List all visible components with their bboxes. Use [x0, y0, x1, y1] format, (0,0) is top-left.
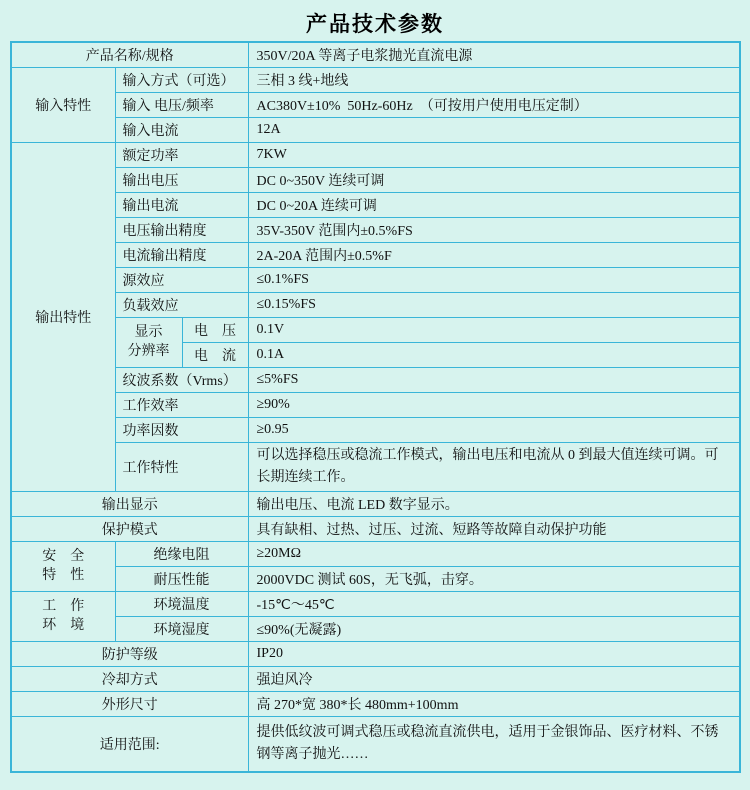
rated-power-label: 额定功率 [115, 142, 248, 167]
dimensions-label: 外形尺寸 [11, 691, 248, 716]
environment-group-line1: 工 作 [12, 597, 115, 616]
power-factor-label: 功率因数 [115, 417, 248, 442]
row-current-accuracy: 电流输出精度 2A-20A 范围内±0.5%F [11, 242, 740, 267]
efficiency-value: ≥90% [248, 392, 740, 417]
row-source-effect: 源效应 ≤0.1%FS [11, 267, 740, 292]
row-load-effect: 负载效应 ≤0.15%FS [11, 292, 740, 317]
humidity-value: ≤90%(无凝露) [248, 616, 740, 641]
efficiency-label: 工作效率 [115, 392, 248, 417]
row-rated-power: 输出特性 额定功率 7KW [11, 142, 740, 167]
current-accuracy-value: 2A-20A 范围内±0.5%F [248, 242, 740, 267]
row-ip-rating: 防护等级 IP20 [11, 641, 740, 666]
row-temperature: 工 作 环 境 环境温度 -15℃～45℃ [11, 591, 740, 616]
safety-group-line2: 特 性 [12, 566, 115, 585]
display-voltage-value: 0.1V [248, 317, 740, 342]
load-effect-value: ≤0.15%FS [248, 292, 740, 317]
ripple-label: 纹波系数（Vrms） [115, 367, 248, 392]
application-value: 提供低纹波可调式稳压或稳流直流供电，适用于金银饰品、医疗材料、不锈钢等离子抛光…… [248, 716, 740, 772]
ip-rating-label: 防护等级 [11, 641, 248, 666]
row-work-character: 工作特性 可以选择稳压或稳流工作模式，输出电压和电流从 0 到最大值连续可调。可… [11, 442, 740, 491]
input-group-label: 输入特性 [11, 67, 115, 142]
output-group-label: 输出特性 [11, 142, 115, 491]
temperature-value: -15℃～45℃ [248, 591, 740, 616]
row-protection: 保护模式 具有缺相、过热、过压、过流、短路等故障自动保护功能 [11, 516, 740, 541]
output-current-label: 输出电流 [115, 192, 248, 217]
output-voltage-value: DC 0~350V 连续可调 [248, 167, 740, 192]
row-voltage-accuracy: 电压输出精度 35V-350V 范围内±0.5%FS [11, 217, 740, 242]
work-character-value: 可以选择稳压或稳流工作模式，输出电压和电流从 0 到最大值连续可调。可长期连续工… [248, 442, 740, 491]
protection-label: 保护模式 [11, 516, 248, 541]
dimensions-value: 高 270*宽 380*长 480mm+100mm [248, 691, 740, 716]
row-input-mode: 输入特性 输入方式（可选） 三相 3 线+地线 [11, 67, 740, 92]
display-resolution-label-line2: 分辨率 [116, 342, 182, 361]
voltage-accuracy-value: 35V-350V 范围内±0.5%FS [248, 217, 740, 242]
row-input-current: 输入电流 12A [11, 117, 740, 142]
input-current-value: 12A [248, 117, 740, 142]
display-voltage-label: 电 压 [182, 317, 248, 342]
product-name-label: 产品名称/规格 [11, 42, 248, 67]
power-factor-value: ≥0.95 [248, 417, 740, 442]
source-effect-label: 源效应 [115, 267, 248, 292]
source-effect-value: ≤0.1%FS [248, 267, 740, 292]
row-display-resolution-voltage: 显示 分辨率 电 压 0.1V [11, 317, 740, 342]
voltage-accuracy-label: 电压输出精度 [115, 217, 248, 242]
display-resolution-label-line1: 显示 [116, 323, 182, 342]
output-display-label: 输出显示 [11, 491, 248, 516]
cooling-label: 冷却方式 [11, 666, 248, 691]
insulation-label: 绝缘电阻 [115, 541, 248, 566]
row-dimensions: 外形尺寸 高 270*宽 380*长 480mm+100mm [11, 691, 740, 716]
spec-table: 产品名称/规格 350V/20A 等离子电浆抛光直流电源 输入特性 输入方式（可… [10, 41, 741, 773]
row-output-display: 输出显示 输出电压、电流 LED 数字显示。 [11, 491, 740, 516]
row-input-voltage-freq: 输入 电压/频率 AC380V±10% 50Hz-60Hz （可按用户使用电压定… [11, 92, 740, 117]
ripple-value: ≤5%FS [248, 367, 740, 392]
application-label: 适用范围: [11, 716, 248, 772]
temperature-label: 环境温度 [115, 591, 248, 616]
output-display-value: 输出电压、电流 LED 数字显示。 [248, 491, 740, 516]
safety-group-line1: 安 全 [12, 547, 115, 566]
display-current-label: 电 流 [182, 342, 248, 367]
row-output-current: 输出电流 DC 0~20A 连续可调 [11, 192, 740, 217]
row-humidity: 环境湿度 ≤90%(无凝露) [11, 616, 740, 641]
environment-group-line2: 环 境 [12, 616, 115, 635]
display-current-value: 0.1A [248, 342, 740, 367]
withstand-label: 耐压性能 [115, 566, 248, 591]
product-name-value: 350V/20A 等离子电浆抛光直流电源 [248, 42, 740, 67]
cooling-value: 强迫风冷 [248, 666, 740, 691]
input-mode-label: 输入方式（可选） [115, 67, 248, 92]
input-voltage-freq-label: 输入 电压/频率 [115, 92, 248, 117]
insulation-value: ≥20MΩ [248, 541, 740, 566]
row-power-factor: 功率因数 ≥0.95 [11, 417, 740, 442]
row-product-name: 产品名称/规格 350V/20A 等离子电浆抛光直流电源 [11, 42, 740, 67]
row-application: 适用范围: 提供低纹波可调式稳压或稳流直流供电，适用于金银饰品、医疗材料、不锈钢… [11, 716, 740, 772]
safety-group-label: 安 全 特 性 [11, 541, 115, 591]
page-title: 产品技术参数 [0, 0, 750, 41]
rated-power-value: 7KW [248, 142, 740, 167]
display-resolution-label: 显示 分辨率 [115, 317, 182, 367]
input-current-label: 输入电流 [115, 117, 248, 142]
output-voltage-label: 输出电压 [115, 167, 248, 192]
humidity-label: 环境湿度 [115, 616, 248, 641]
current-accuracy-label: 电流输出精度 [115, 242, 248, 267]
load-effect-label: 负载效应 [115, 292, 248, 317]
output-current-value: DC 0~20A 连续可调 [248, 192, 740, 217]
withstand-value: 2000VDC 测试 60S，无飞弧，击穿。 [248, 566, 740, 591]
input-mode-value: 三相 3 线+地线 [248, 67, 740, 92]
protection-value: 具有缺相、过热、过压、过流、短路等故障自动保护功能 [248, 516, 740, 541]
environment-group-label: 工 作 环 境 [11, 591, 115, 641]
row-cooling: 冷却方式 强迫风冷 [11, 666, 740, 691]
row-ripple: 纹波系数（Vrms） ≤5%FS [11, 367, 740, 392]
row-efficiency: 工作效率 ≥90% [11, 392, 740, 417]
input-voltage-freq-value: AC380V±10% 50Hz-60Hz （可按用户使用电压定制） [248, 92, 740, 117]
ip-rating-value: IP20 [248, 641, 740, 666]
row-withstand: 耐压性能 2000VDC 测试 60S，无飞弧，击穿。 [11, 566, 740, 591]
row-output-voltage: 输出电压 DC 0~350V 连续可调 [11, 167, 740, 192]
work-character-label: 工作特性 [115, 442, 248, 491]
row-insulation: 安 全 特 性 绝缘电阻 ≥20MΩ [11, 541, 740, 566]
